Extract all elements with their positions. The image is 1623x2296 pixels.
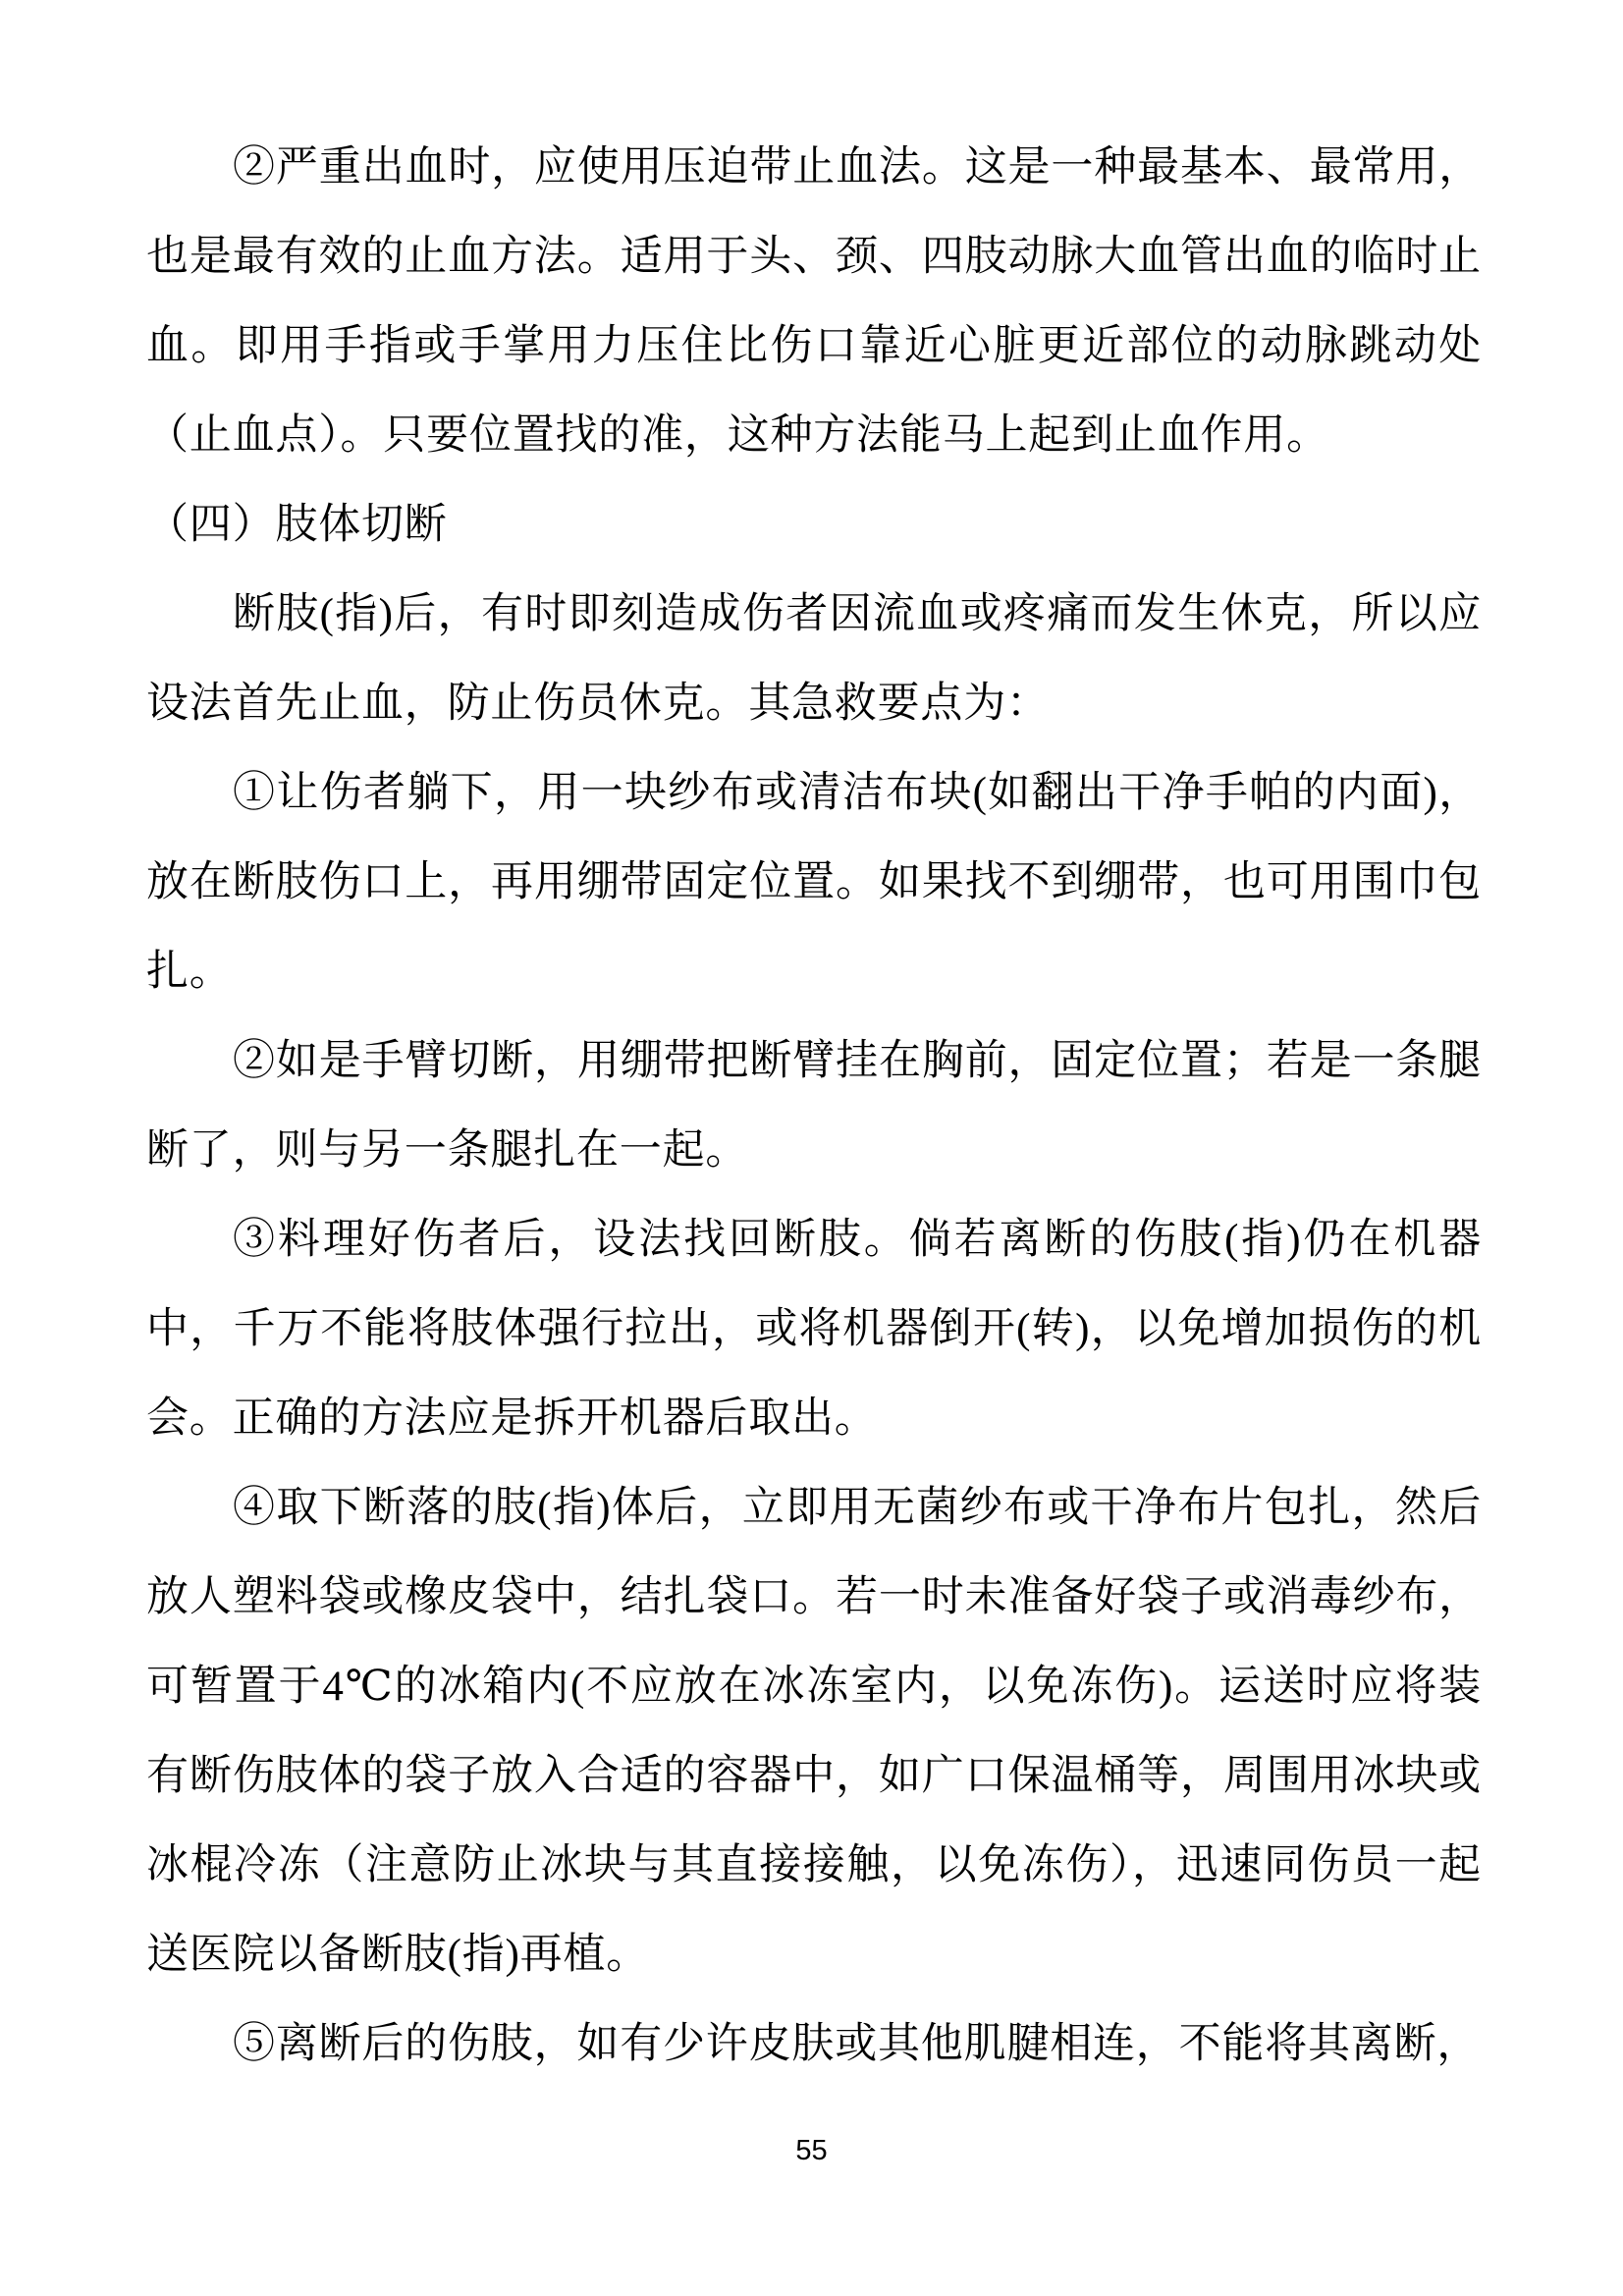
paragraph-step-3: ③料理好伤者后，设法找回断肢。倘若离断的伤肢(指)仍在机器中，千万不能将肢体强行…	[146, 1195, 1482, 1463]
paragraph-step-5: ⑤离断后的伤肢，如有少许皮肤或其他肌腱相连，不能将其离断，	[146, 1999, 1482, 2089]
paragraph-section-intro: 断肢(指)后，有时即刻造成伤者因流血或疼痛而发生休克，所以应设法首先止血，防止伤…	[146, 570, 1482, 748]
paragraph-step-2: ②如是手臂切断，用绷带把断臂挂在胸前，固定位置；若是一条腿断了，则与另一条腿扎在…	[146, 1016, 1482, 1195]
section-heading-limb-severance: （四）肢体切断	[146, 480, 1482, 570]
page-number: 55	[0, 2135, 1623, 2167]
document-page: ②严重出血时，应使用压迫带止血法。这是一种最基本、最常用，也是最有效的止血方法。…	[0, 0, 1623, 2296]
paragraph-severe-bleeding: ②严重出血时，应使用压迫带止血法。这是一种最基本、最常用，也是最有效的止血方法。…	[146, 123, 1482, 480]
paragraph-step-4: ④取下断落的肢(指)体后，立即用无菌纱布或干净布片包扎，然后放人塑料袋或橡皮袋中…	[146, 1463, 1482, 1999]
paragraph-step-1: ①让伤者躺下，用一块纱布或清洁布块(如翻出干净手帕的内面)，放在断肢伤口上，再用…	[146, 748, 1482, 1016]
document-body: ②严重出血时，应使用压迫带止血法。这是一种最基本、最常用，也是最有效的止血方法。…	[146, 123, 1482, 2089]
